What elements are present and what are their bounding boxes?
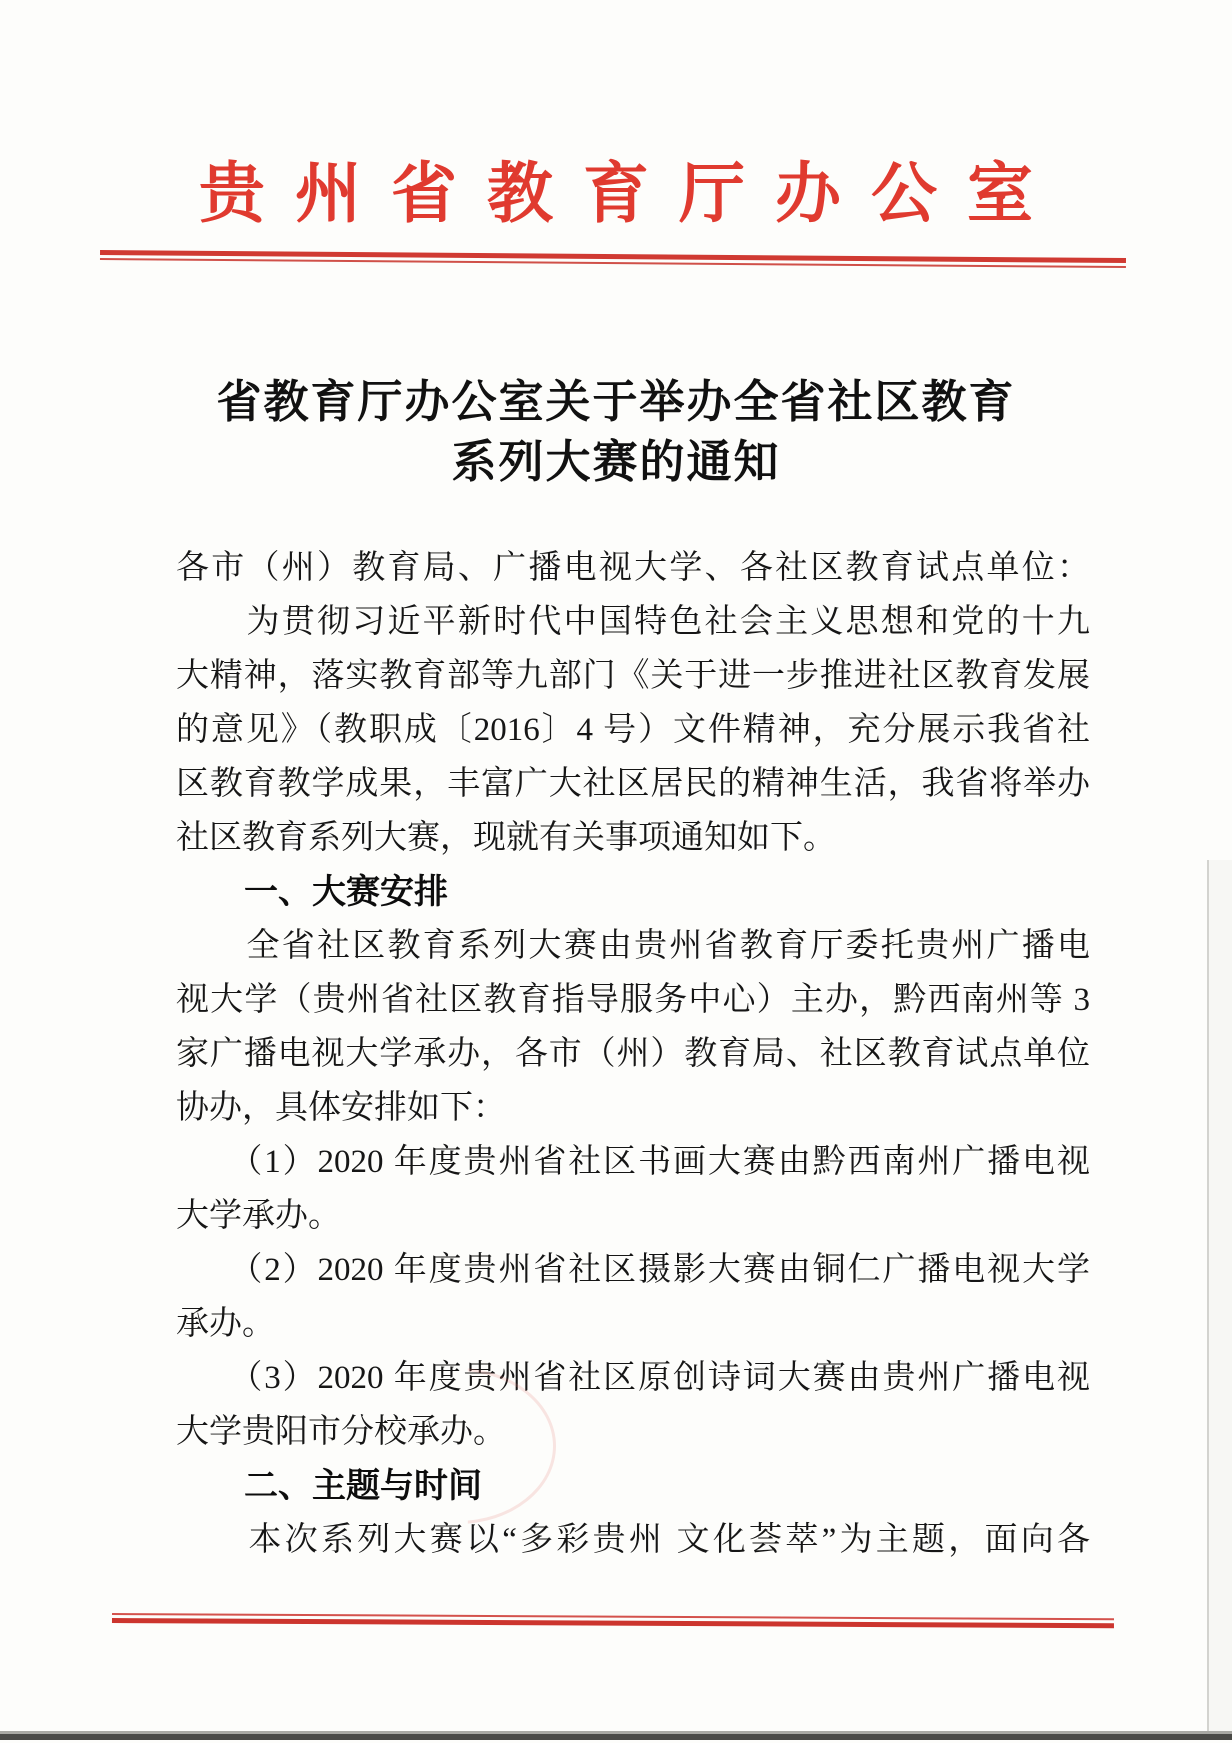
page-edge-shadow-bottom <box>0 1734 1232 1740</box>
page-edge-shadow-right <box>1207 860 1209 1735</box>
document-line: 为贯彻习近平新时代中国特色社会主义思想和党的十九 <box>176 595 1090 649</box>
document-title-line-2: 系列大赛的通知 <box>0 432 1232 492</box>
section-heading: 一、大赛安排 <box>176 865 1090 919</box>
document-line: 协办，具体安排如下： <box>176 1081 1090 1135</box>
document-line: 大学承办。 <box>176 1189 1090 1243</box>
page-right-margin <box>1209 860 1232 1735</box>
document-line: 社区教育系列大赛，现就有关事项通知如下。 <box>176 811 1090 865</box>
document-line: 本次系列大赛以“多彩贵州 文化荟萃”为主题，面向各 <box>176 1513 1090 1567</box>
document-line: （2）2020 年度贵州省社区摄影大赛由铜仁广播电视大学 <box>176 1243 1090 1297</box>
document-line: 承办。 <box>176 1297 1090 1351</box>
letterhead-title: 贵州省教育厅办公室 <box>0 152 1232 238</box>
document-title-line-1: 省教育厅办公室关于举办全省社区教育 <box>0 372 1232 432</box>
document-line: （3）2020 年度贵州省社区原创诗词大赛由贵州广播电视 <box>176 1351 1090 1405</box>
section-heading: 二、主题与时间 <box>176 1459 1090 1513</box>
document-title: 省教育厅办公室关于举办全省社区教育 系列大赛的通知 <box>0 372 1232 492</box>
footer-double-rule <box>112 1613 1114 1628</box>
letterhead-double-rule <box>100 250 1126 268</box>
document-line: （1）2020 年度贵州省社区书画大赛由黔西南州广播电视 <box>176 1135 1090 1189</box>
document-line: 区教育教学成果，丰富广大社区居民的精神生活，我省将举办 <box>176 757 1090 811</box>
document-line: 大精神，落实教育部等九部门《关于进一步推进社区教育发展 <box>176 649 1090 703</box>
document-line: 家广播电视大学承办，各市（州）教育局、社区教育试点单位 <box>176 1027 1090 1081</box>
document-body: 各市（州）教育局、广播电视大学、各社区教育试点单位： 为贯彻习近平新时代中国特色… <box>176 541 1090 1567</box>
document-line: 大学贵阳市分校承办。 <box>176 1405 1090 1459</box>
document-line: 各市（州）教育局、广播电视大学、各社区教育试点单位： <box>176 541 1090 595</box>
scanned-document-page: 贵州省教育厅办公室 省教育厅办公室关于举办全省社区教育 系列大赛的通知 各市（州… <box>0 0 1232 1743</box>
document-line: 全省社区教育系列大赛由贵州省教育厅委托贵州广播电 <box>176 919 1090 973</box>
document-line: 的意见》（教职成〔2016〕4 号）文件精神，充分展示我省社 <box>176 703 1090 757</box>
document-line: 视大学（贵州省社区教育指导服务中心）主办，黔西南州等 3 <box>176 973 1090 1027</box>
